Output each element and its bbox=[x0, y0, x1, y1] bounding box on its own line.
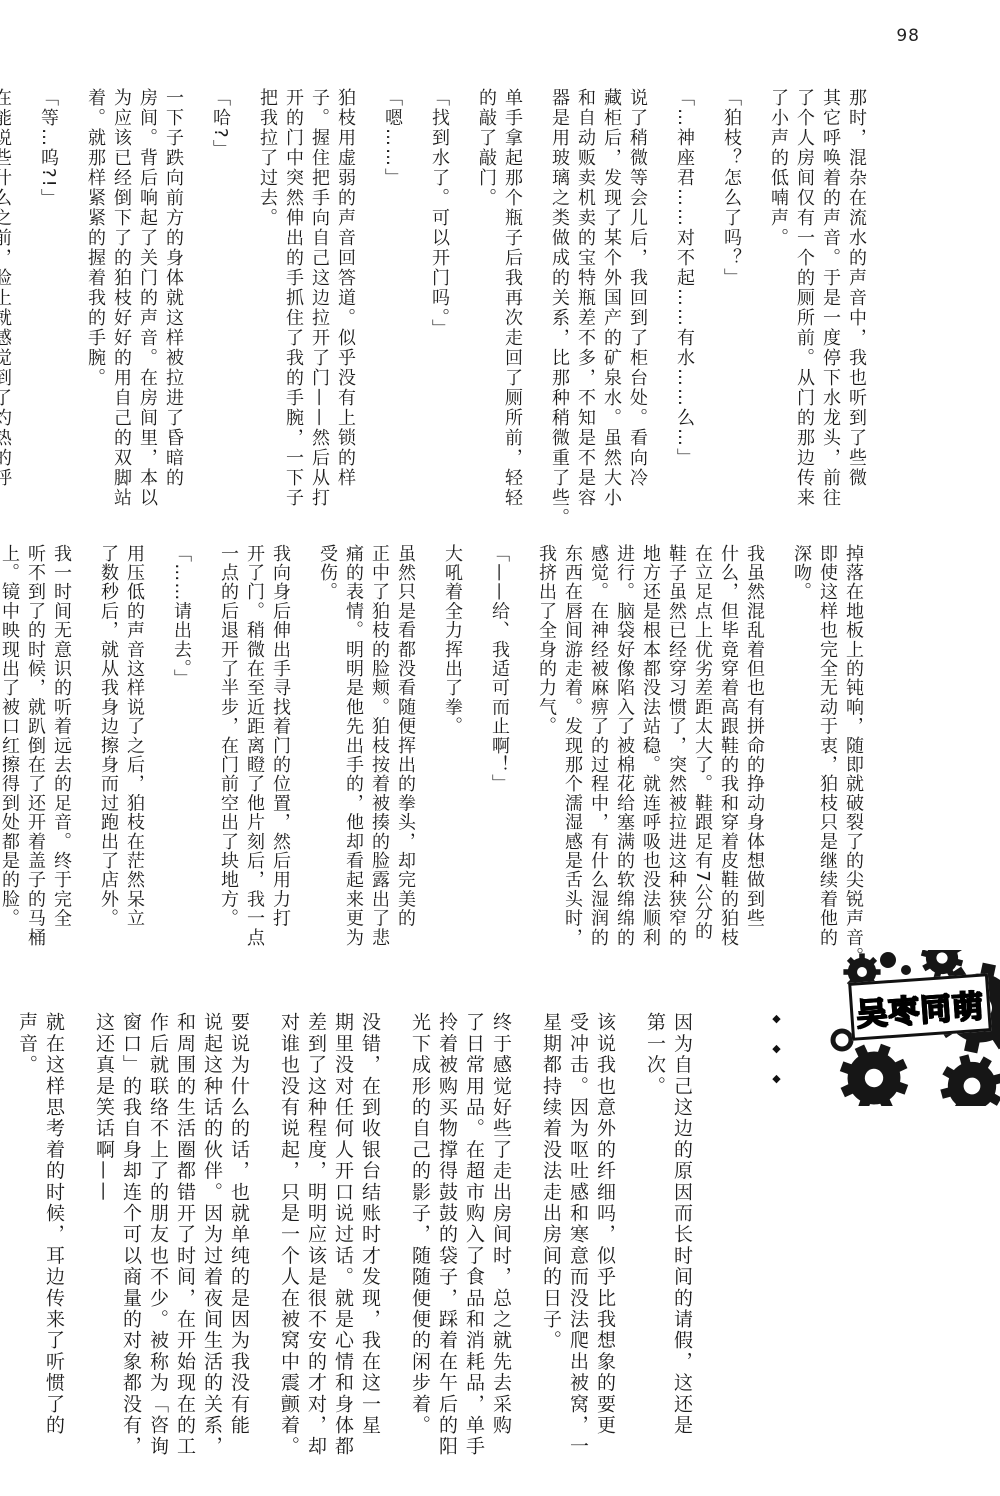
text-column: 把我拉了过去。 bbox=[254, 88, 280, 534]
text-column: 那时，混杂在流水的声音中，我也听到了些微 bbox=[843, 88, 890, 534]
text-column: 终于感觉好些了走出房间时，总之就先去采购 bbox=[487, 1012, 537, 1470]
text-column: 「找到水了。可以开门吗。」 bbox=[426, 88, 473, 534]
novel-page: 98 那时，混杂在流水的声音中，我也听到了些微其它呼唤着的声音。于是一度停下水龙… bbox=[0, 0, 1000, 1496]
text-column: 「狛枝？怎么了吗？」 bbox=[718, 88, 765, 534]
text-column: 的敲了敲门。 bbox=[473, 88, 499, 534]
text-band-middle: 掉落在地板上的钝响，随即就破裂了的尖锐声音。即使这样也完全无动于衷，狛枝只是继续… bbox=[0, 544, 866, 992]
text-column: 作后就联络不上了的朋友也不少。被称为「咨询 bbox=[144, 1012, 171, 1470]
text-column: 了日常用品。在超市购入了食品和消耗品，单手 bbox=[460, 1012, 487, 1470]
text-column: 鞋子虽然已经穿习惯了，突然被拉进这种狭窄的 bbox=[663, 544, 689, 992]
text-column: 虽然只是看都没看随便挥出的拳头，却完美的 bbox=[392, 544, 439, 992]
text-column: 藏柜后，发现了某个外国产的矿泉水。虽然大小 bbox=[598, 88, 624, 534]
text-column: 要说为什么的话，也就单纯的是因为我没有能 bbox=[225, 1012, 275, 1470]
text-band-top: 那时，混杂在流水的声音中，我也听到了些微其它呼唤着的声音。于是一度停下水龙头，前… bbox=[0, 88, 890, 534]
text-column: 我一时间无意识的听着远去的足音。终于完全 bbox=[48, 544, 95, 992]
text-column: 和周围的生活圈都错开了时间，在开始现在的工 bbox=[171, 1012, 198, 1470]
text-column: 了数秒后，就从我身边擦身而过跑出了店外。 bbox=[95, 544, 121, 992]
text-column: 着。就那样紧紧的握着我的手腕。 bbox=[82, 88, 108, 534]
text-column: 这还真是笑话啊—— bbox=[90, 1012, 117, 1470]
text-column: 开的门中突然伸出的手抓住了我的手腕，一下子 bbox=[280, 88, 306, 534]
text-column: 在能说些什么之前，脸上就感觉到了灼热的呼 bbox=[0, 88, 35, 534]
text-column: 窗口」的我自身却连个可以商量的对象都没有， bbox=[117, 1012, 144, 1470]
text-column: 单手拿起那个瓶子后我再次走回了厕所前，轻轻 bbox=[499, 88, 546, 534]
text-column: 拎着被购买物撑得鼓鼓的袋子，踩着在午后的阳 bbox=[433, 1012, 460, 1470]
text-column: 星期都持续着没法走出房间的日子。 bbox=[537, 1012, 564, 1470]
text-column: 器是用玻璃之类做成的关系，比那种稍微重了些。 bbox=[546, 88, 572, 534]
text-column: 子。握住把手向自己这边拉开了门——然后从打 bbox=[306, 88, 332, 534]
text-column: 第一次。 bbox=[641, 1012, 668, 1470]
text-column: 为应该已经倒下了的狛枝好好的用自己的双脚站 bbox=[108, 88, 134, 534]
text-column: 东西在唇间游走着。发现那个濡湿感是舌头时， bbox=[559, 544, 585, 992]
text-column: 进行。脑袋好像陷入了被棉花给塞满的软绵绵的 bbox=[611, 544, 637, 992]
text-column: 深吻。 bbox=[788, 544, 814, 992]
scanlation-logo: 吴枣同萌 bbox=[822, 950, 1000, 1106]
text-column: 房间。背后响起了关门的声音。在房间里，本以 bbox=[134, 88, 160, 534]
text-column: 「…神座君……对不起……有水……么…」 bbox=[671, 88, 718, 534]
text-column: 光下成形的自己的影子，随随便便的闲步着。 bbox=[406, 1012, 433, 1470]
text-column: 什么，但毕竟穿着高跟鞋的我和穿着皮鞋的狛枝 bbox=[715, 544, 741, 992]
text-column: 受冲击。因为呕吐感和寒意而没法爬出被窝，一 bbox=[564, 1012, 591, 1470]
text-column: 「等…呜?!」 bbox=[35, 88, 82, 534]
text-column: 掉落在地板上的钝响，随即就破裂了的尖锐声音。 bbox=[840, 544, 866, 992]
text-column: 受伤。 bbox=[314, 544, 340, 992]
text-column: 地方还是根本都没法站稳。就连呼吸也没法顺利 bbox=[637, 544, 663, 992]
text-column: 该说我也意外的纤细吗，似乎比我想象的要更 bbox=[591, 1012, 641, 1470]
text-column: 声音。 bbox=[13, 1012, 40, 1470]
text-column: 狛枝用虚弱的声音回答道。似乎没有上锁的样 bbox=[332, 88, 379, 534]
text-column: 没错，在到收银台结账时才发现，我在这一星 bbox=[356, 1012, 406, 1470]
text-column: 「嗯……」 bbox=[379, 88, 426, 534]
text-column: 感觉。在神经被麻痹了的过程中，有什么湿润的 bbox=[585, 544, 611, 992]
text-column: 我挤出了全身的力气。 bbox=[533, 544, 559, 992]
text-column: 对谁也没有说起，只是一个人在被窝中震颤着。 bbox=[275, 1012, 302, 1470]
text-column: 因为自己这边的原因而长时间的请假，这还是 bbox=[668, 1012, 718, 1470]
text-column: 大吼着全力挥出了拳。 bbox=[439, 544, 486, 992]
text-column: 正中了狛枝的脸颊。狛枝按着被揍的脸露出了悲 bbox=[366, 544, 392, 992]
text-column: 期里没对任何人开口说过话。就是心情和身体都 bbox=[329, 1012, 356, 1470]
text-column: 「——给、我适可而止啊！」 bbox=[486, 544, 533, 992]
text-column: 「……请出去。」 bbox=[168, 544, 215, 992]
text-column: 我虽然混乱着但也有拼命的挣动身体想做到些 bbox=[741, 544, 788, 992]
text-column: 上。镜中映现出了被口红擦得到处都是的脸。 bbox=[0, 544, 22, 992]
text-column: 和自动贩卖机卖的宝特瓶差不多，不知是不是容 bbox=[572, 88, 598, 534]
text-column: 用压低的声音这样说了之后，狛枝在茫然呆立 bbox=[121, 544, 168, 992]
text-column: 开了门。稍微在至近距离瞪了他片刻后，我一点 bbox=[241, 544, 267, 992]
text-column: 「哈?」 bbox=[207, 88, 254, 534]
text-column: 一下子跌向前方的身体就这样被拉进了昏暗的 bbox=[160, 88, 207, 534]
text-column: 我向身后伸出手寻找着门的位置，然后用力打 bbox=[267, 544, 314, 992]
text-column: 说起这种话的伙伴。因为过着夜间生活的关系， bbox=[198, 1012, 225, 1470]
text-column: 了个人房间仅有一个的厕所前。从门的那边传来 bbox=[791, 88, 817, 534]
text-column: 痛的表情。明明是他先出手的，他却看起来更为 bbox=[340, 544, 366, 992]
text-band-bottom: ◆◆◆因为自己这边的原因而长时间的请假，这还是第一次。该说我也意外的纤细吗，似乎… bbox=[0, 1012, 890, 1470]
text-column: 说了稍微等会儿后，我回到了柜台处。看向冷 bbox=[624, 88, 671, 534]
page-number: 98 bbox=[896, 26, 920, 46]
logo-text: 吴枣同萌 bbox=[848, 973, 992, 1041]
text-column: 就在这样思考着的时候，耳边传来了听惯了的 bbox=[40, 1012, 90, 1470]
text-column: 了小声的低喃声。 bbox=[765, 88, 791, 534]
text-column: 差到了这种程度，明明应该是很不安的才对，却 bbox=[302, 1012, 329, 1470]
text-column: 听不到了的时候，就趴倒在了还开着盖子的马桶 bbox=[22, 544, 48, 992]
text-column: 其它呼唤着的声音。于是一度停下水龙头，前往 bbox=[817, 88, 843, 534]
text-column: 即使这样也完全无动于衷，狛枝只是继续着他的 bbox=[814, 544, 840, 992]
text-column: 在立足点上优劣差距太大了。鞋跟足有7公分的 bbox=[689, 544, 715, 992]
text-column: 一点的后退开了半步，在门前空出了块地方。 bbox=[215, 544, 241, 992]
text-column: 「——神座君？」 bbox=[0, 1012, 13, 1470]
